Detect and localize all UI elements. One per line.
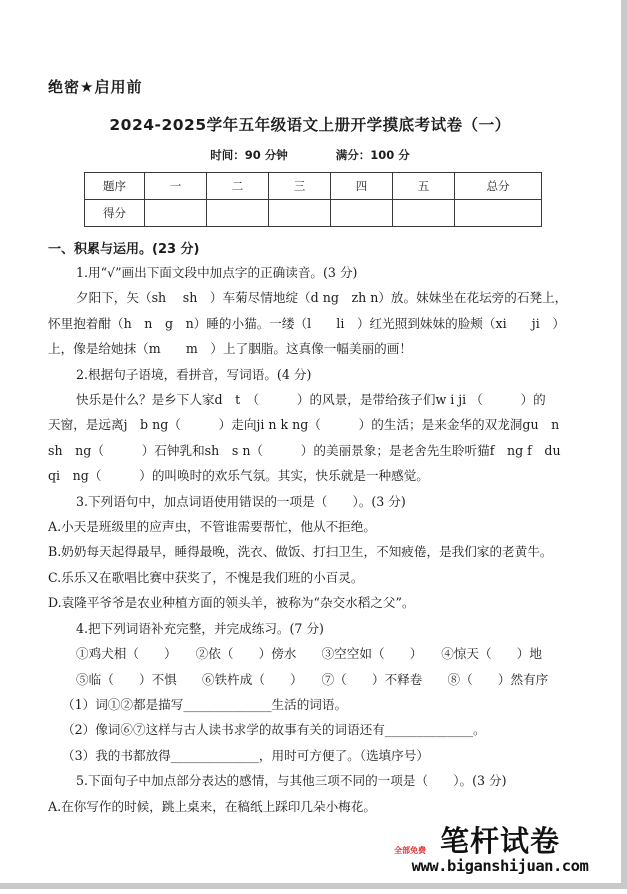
- question-3-option-a: A.小天是班级里的应声虫，不管谁需要帮忙，他从不拒绝。: [48, 514, 600, 539]
- score-table-header-cell: 二: [207, 173, 269, 200]
- score-row-label: 得分: [85, 200, 145, 227]
- score-table: 题序 一 二 三 四 五 总分 得分: [84, 172, 542, 227]
- pinyin-passage-line: 天窗，是远离j b ng（ ）走向ji n k ng（ ）的生活；是来金华的双龙…: [48, 412, 600, 437]
- score-table-header-cell: 五: [393, 173, 455, 200]
- pinyin-passage-line: qi ng（ ）的叫唤时的欢乐气氛。其实，快乐就是一种感觉。: [48, 463, 600, 488]
- question-4-stem: 4.把下列词语补充完整，并完成练习。(7 分): [48, 616, 600, 641]
- score-table-header-cell: 题序: [85, 173, 145, 200]
- brand-watermark: 全部免费 笔杆试卷 www.biganshijuan.com: [394, 827, 606, 875]
- score-cell: [145, 200, 207, 227]
- question-3-option-c: C.乐乐又在歌唱比赛中获奖了，不愧是我们班的小百灵。: [48, 565, 600, 590]
- score-table-header-cell: 一: [145, 173, 207, 200]
- score-cell: [269, 200, 331, 227]
- question-3-option-d: D.袁隆平爷爷是农业种植方面的领头羊，被称为“杂交水稻之父”。: [48, 590, 600, 615]
- exam-body: 1.用“√”画出下面文段中加点字的正确读音。(3 分) 夕阳下，矢（sh sh …: [0, 260, 620, 819]
- question-3-stem: 3.下列语句中，加点词语使用错误的一项是（ ）。(3 分): [48, 489, 600, 514]
- exam-title: 2024-2025学年五年级语文上册开学摸底考试卷（一）: [0, 113, 620, 135]
- question-4-sub-1: （1）词①②都是描写______________生活的词语。: [48, 692, 600, 717]
- pinyin-passage-line: sh ng（ ）石钟乳和sh s n（ ）的美丽景象；是老舍先生聆听猫f ng …: [48, 438, 600, 463]
- question-5-option-a: A.在你写作的时候，跳上桌来，在稿纸上踩印几朵小梅花。: [48, 794, 600, 819]
- exam-meta: 时间：90 分钟 满分：100 分: [0, 147, 620, 163]
- passage-line: 夕阳下，矢（sh sh ）车菊尽情地绽（d ng zh n）放。妹妹坐在花坛旁的…: [48, 285, 600, 310]
- score-table-header-cell: 三: [269, 173, 331, 200]
- question-2-stem: 2.根据句子语境，看拼音，写词语。(4 分): [48, 362, 600, 387]
- score-table-header-cell: 总分: [455, 173, 542, 200]
- score-cell: [393, 200, 455, 227]
- question-4-idioms-row1: ①鸡犬相（ ） ②依（ ）傍水 ③空空如（ ） ④惊天（ ）地: [48, 641, 600, 666]
- score-table-header-row: 题序 一 二 三 四 五 总分: [85, 173, 542, 200]
- question-5-stem: 5.下面句子中加点部分表达的感情，与其他三项不同的一项是（ ）。(3 分): [48, 768, 600, 793]
- section-1-title: 一、积累与运用。(23 分): [48, 238, 620, 257]
- exam-paper-page: 绝密★启用前 2024-2025学年五年级语文上册开学摸底考试卷（一） 时间：9…: [0, 0, 620, 883]
- passage-line: 上，像是给她抹（m m ）上了胭脂。这真像一幅美丽的画！: [48, 336, 600, 361]
- exam-full-score: 满分：100 分: [336, 148, 410, 162]
- score-cell: [331, 200, 393, 227]
- page-edge-bottom: [0, 883, 627, 889]
- score-table-header-cell: 四: [331, 173, 393, 200]
- question-3-option-b: B.奶奶每天起得最早，睡得最晚，洗衣、做饭、打扫卫生，不知疲倦，是我们家的老黄牛…: [48, 539, 600, 564]
- brand-url: www.biganshijuan.com: [394, 857, 606, 875]
- brand-name: 笔杆试卷: [440, 824, 560, 858]
- question-4-sub-3: （3）我的书都放得______________，用时可方便了。（选填序号）: [48, 743, 600, 768]
- score-cell: [207, 200, 269, 227]
- pinyin-passage-line: 快乐是什么？是乡下人家d t （ ）的风景，是带给孩子们w i ji （ ）的: [48, 387, 600, 412]
- question-1-stem: 1.用“√”画出下面文段中加点字的正确读音。(3 分): [48, 260, 600, 285]
- brand-free-tag: 全部免费: [394, 847, 426, 855]
- question-4-sub-2: （2）像词⑥⑦这样与古人读书求学的故事有关的词语还有______________…: [48, 717, 600, 742]
- question-4-idioms-row2: ⑤临（ ）不惧 ⑥铁杵成（ ） ⑦（ ）不释卷 ⑧（ ）然有序: [48, 667, 600, 692]
- score-table-score-row: 得分: [85, 200, 542, 227]
- passage-line: 怀里抱着酣（h n g n）睡的小猫。一缕（l li ）红光照到妹妹的脸颊（xi…: [48, 311, 600, 336]
- score-cell: [455, 200, 542, 227]
- classification-label: 绝密★启用前: [48, 76, 620, 97]
- exam-time: 时间：90 分钟: [210, 148, 288, 162]
- page-edge-right: [621, 0, 627, 889]
